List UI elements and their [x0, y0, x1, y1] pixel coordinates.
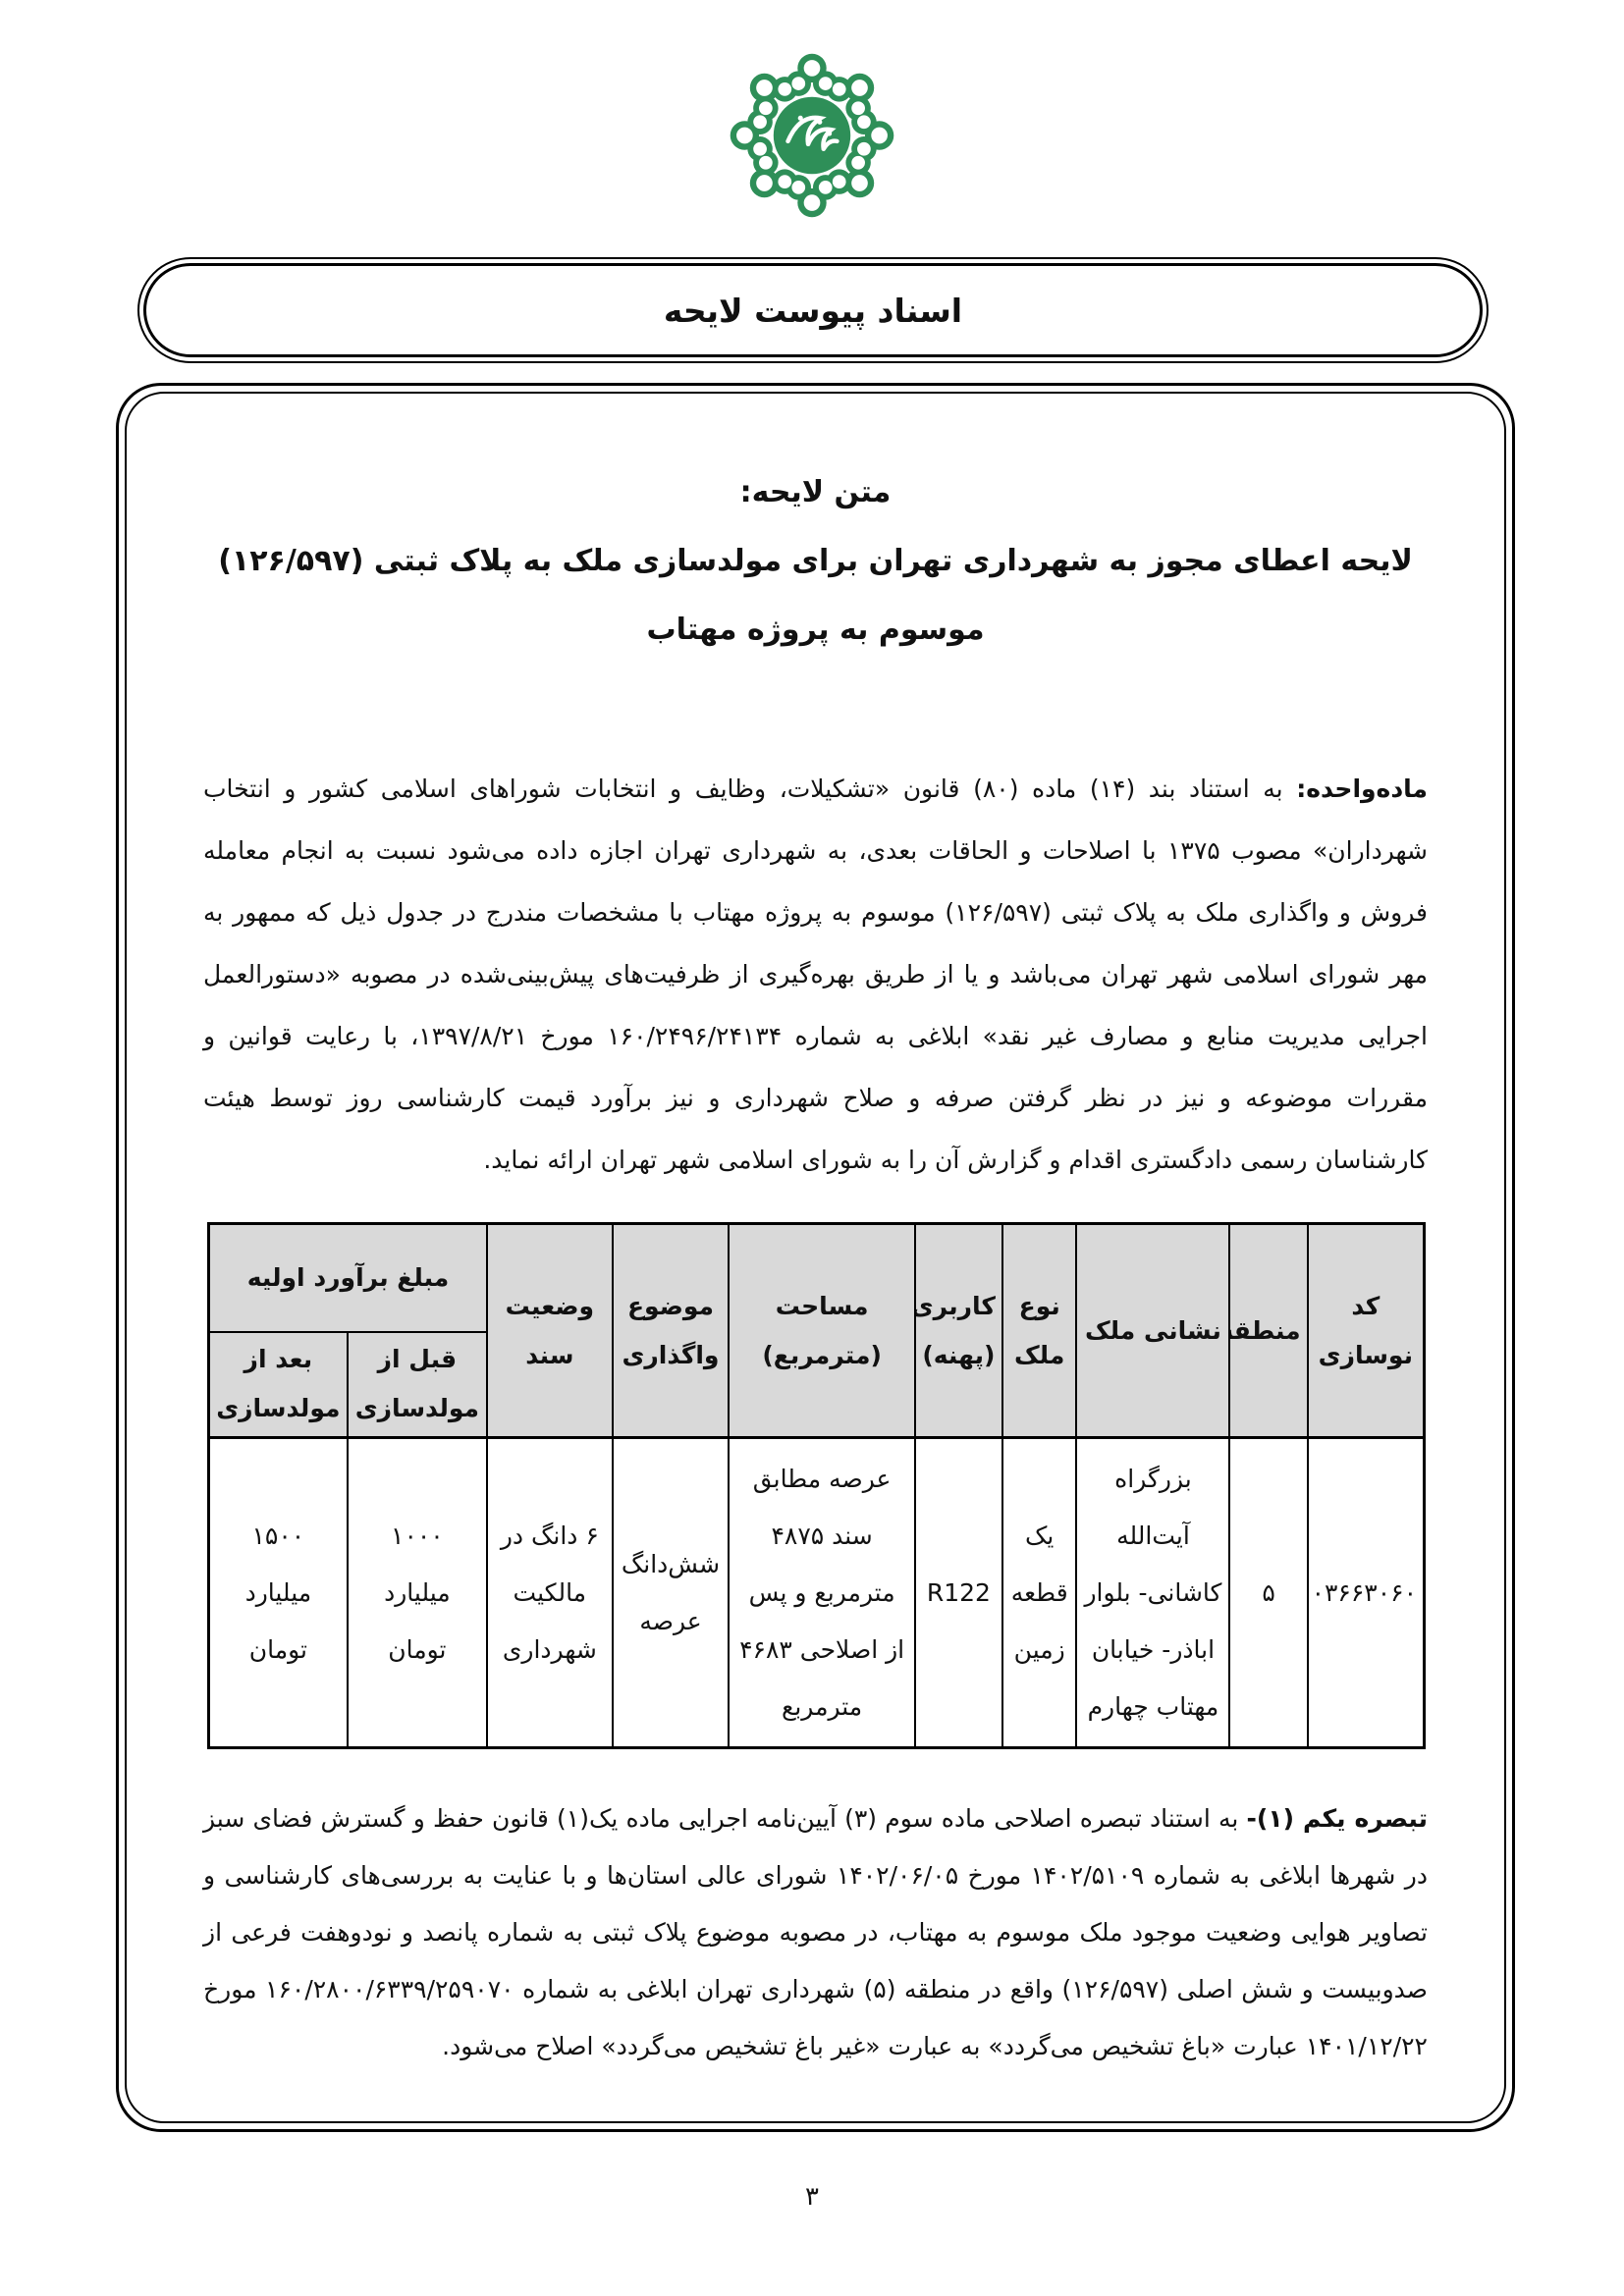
col-header-land-use: کاربری (پهنه) — [915, 1224, 1002, 1438]
cell-district: ۵ — [1229, 1438, 1307, 1748]
property-table-wrap: کد نوسازی منطقه نشانی ملک نوع ملک کاربری… — [207, 1222, 1426, 1749]
col-header-address: نشانی ملک — [1076, 1224, 1229, 1438]
document-title-line1: لایحه اعطای مجوز به شهرداری تهران برای م… — [127, 527, 1504, 596]
property-table: کد نوسازی منطقه نشانی ملک نوع ملک کاربری… — [207, 1222, 1426, 1749]
note-lead: تبصره یکم (۱)- — [1247, 1804, 1428, 1833]
banner-box-inner: اسناد پیوست لایحه — [143, 263, 1483, 357]
article-paragraph: ماده‌واحده: به استناد بند (۱۴) ماده (۸۰)… — [203, 758, 1428, 1191]
document-page: اسناد پیوست لایحه متن لایحه: لایحه اعطای… — [0, 0, 1624, 2296]
col-header-area: مساحت (مترمربع) — [729, 1224, 914, 1438]
cell-transfer-subject: شش‌دانگ عرصه — [613, 1438, 730, 1748]
cell-deed-status: ۶ دانگ در مالکیت شهرداری — [487, 1438, 613, 1748]
col-header-estimate: مبلغ برآورد اولیه — [209, 1224, 488, 1332]
cell-code: ۰۳۶۶۳۰۶۰ — [1308, 1438, 1425, 1748]
article-text: به استناد بند (۱۴) ماده (۸۰) قانون «تشکی… — [203, 774, 1428, 1174]
col-header-estimate-after: بعد از مولدسازی — [209, 1332, 348, 1438]
table-row: ۰۳۶۶۳۰۶۰ ۵ بزرگراه آیت‌الله کاشانی- بلوا… — [209, 1438, 1425, 1748]
col-header-district: منطقه — [1229, 1224, 1307, 1438]
document-heading: متن لایحه: — [127, 458, 1504, 527]
banner-title: اسناد پیوست لایحه — [664, 292, 962, 330]
cell-estimate-after: ۱۵۰۰ میلیارد تومان — [209, 1438, 348, 1748]
col-header-property-type: نوع ملک — [1002, 1224, 1077, 1438]
banner-box: اسناد پیوست لایحه — [137, 257, 1489, 363]
col-header-code: کد نوسازی — [1308, 1224, 1425, 1438]
col-header-deed-status: وضعیت سند — [487, 1224, 613, 1438]
col-header-estimate-before: قبل از مولدسازی — [348, 1332, 487, 1438]
page-number: ۳ — [0, 2182, 1624, 2212]
article-lead: ماده‌واحده: — [1296, 774, 1428, 803]
cell-area: عرصه مطابق سند ۴۸۷۵ مترمربع و پس از اصلا… — [729, 1438, 914, 1748]
main-frame: متن لایحه: لایحه اعطای مجوز به شهرداری ت… — [116, 383, 1515, 2132]
cell-address: بزرگراه آیت‌الله کاشانی- بلوار اباذر- خی… — [1076, 1438, 1229, 1748]
cell-property-type: یک قطعه زمین — [1002, 1438, 1077, 1748]
cell-estimate-before: ۱۰۰۰ میلیارد تومان — [348, 1438, 487, 1748]
tehran-municipality-logo-icon — [716, 39, 908, 232]
document-heading-block: متن لایحه: لایحه اعطای مجوز به شهرداری ت… — [127, 458, 1504, 665]
main-frame-inner: متن لایحه: لایحه اعطای مجوز به شهرداری ت… — [125, 392, 1506, 2123]
note-text: به استناد تبصره اصلاحی ماده سوم (۳) آیین… — [203, 1804, 1428, 2060]
note-paragraph: تبصره یکم (۱)- به استناد تبصره اصلاحی ما… — [203, 1790, 1428, 2075]
cell-land-use: R122 — [915, 1438, 1002, 1748]
document-title-line2: موسوم به پروژه مهتاب — [127, 596, 1504, 665]
col-header-transfer-subject: موضوع واگذاری — [613, 1224, 730, 1438]
